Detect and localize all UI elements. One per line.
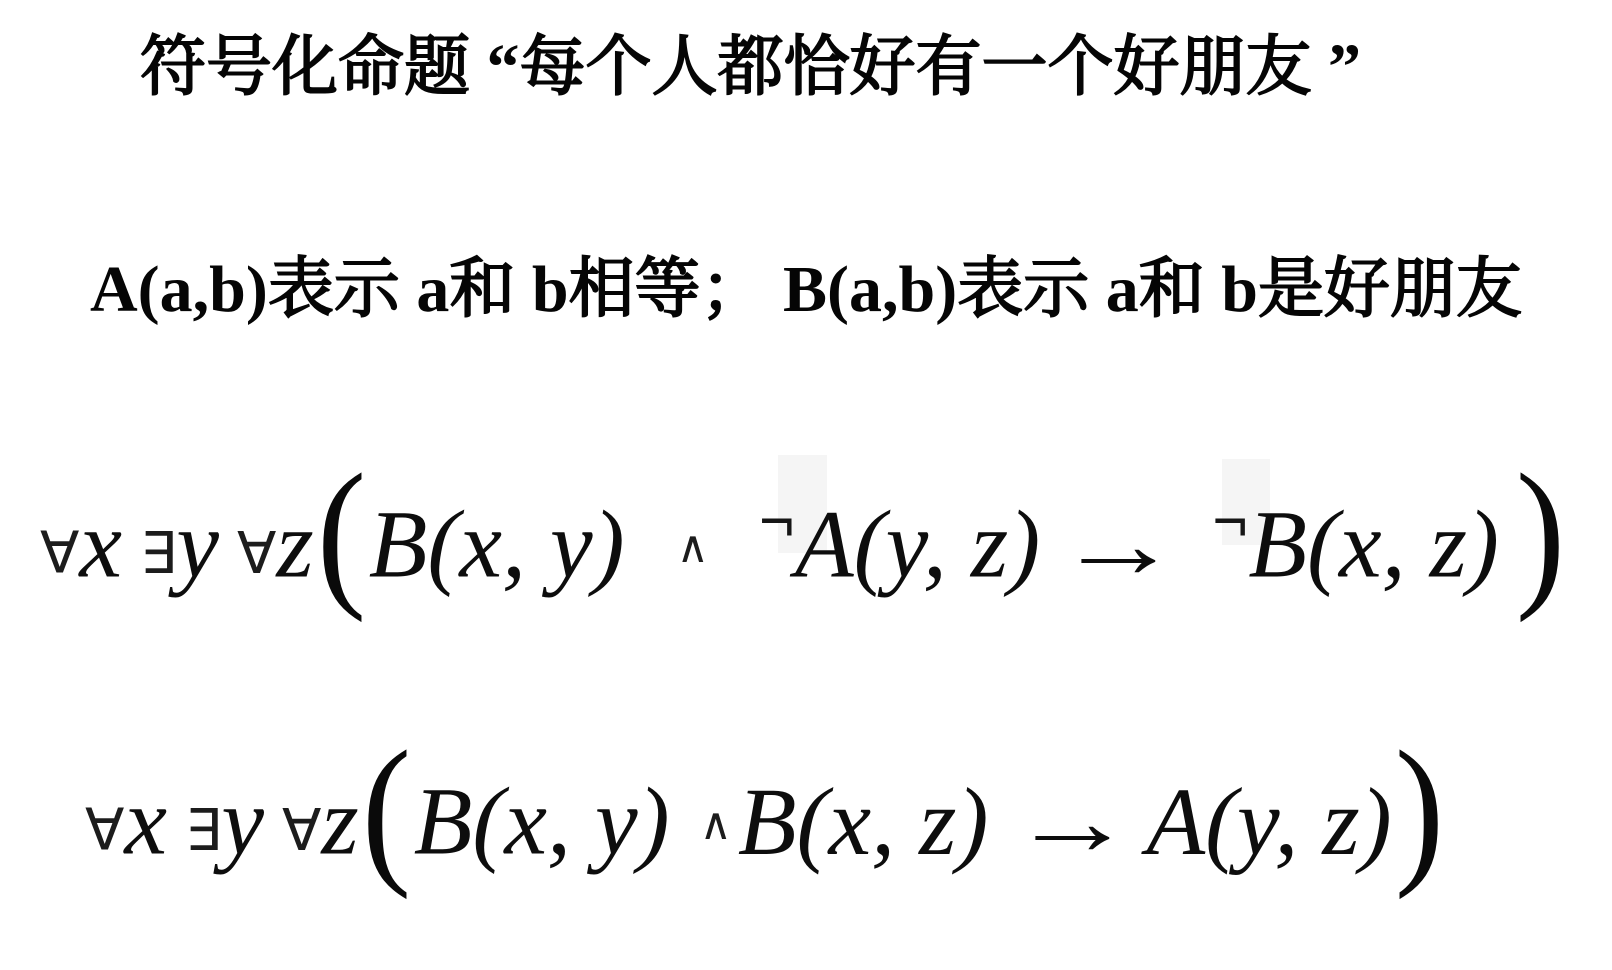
forall-symbol: ∀ bbox=[40, 520, 79, 587]
predicate-definitions: A(a,b)表示 a和 b相等； B(a,b)表示 a和 b是好朋友 bbox=[90, 250, 1522, 329]
quantifier-variable-x: x bbox=[79, 491, 122, 598]
quantifier-variable-x: x bbox=[124, 768, 167, 875]
and-operator: ∧ bbox=[677, 522, 709, 573]
predicate-term-Bxy: B(x, y) bbox=[414, 768, 670, 875]
quantifier-variable-y: y bbox=[176, 491, 219, 598]
slide: 符号化命题 “每个人都恰好有一个好朋友 ” A(a,b)表示 a和 b相等； B… bbox=[0, 0, 1612, 970]
predicate-term-Ayz: A(y, z) bbox=[1146, 768, 1391, 875]
quantifier-variable-z: z bbox=[276, 491, 313, 598]
quantifier-variable-y: y bbox=[221, 768, 264, 875]
slide-title: 符号化命题 “每个人都恰好有一个好朋友 ” bbox=[140, 28, 1361, 107]
big-right-paren: ) bbox=[1516, 459, 1565, 604]
implies-arrow: → bbox=[1010, 774, 1135, 870]
formula-1: ∀x∃y∀z(B(x, y)∧¬A(y, z)→¬B(x, z)) bbox=[40, 482, 1568, 627]
exists-symbol: ∃ bbox=[140, 520, 176, 587]
predicate-term-Ayz: A(y, z) bbox=[795, 491, 1040, 598]
forall-symbol: ∀ bbox=[282, 797, 321, 864]
predicate-term-Bxz: B(x, z) bbox=[1248, 491, 1499, 598]
formula-2: ∀x∃y∀z(B(x, y)∧B(x, z)→A(y, z)) bbox=[85, 759, 1447, 904]
exists-symbol: ∃ bbox=[185, 797, 221, 864]
big-right-paren: ) bbox=[1394, 736, 1443, 881]
and-operator: ∧ bbox=[700, 799, 732, 850]
forall-symbol: ∀ bbox=[237, 520, 276, 587]
forall-symbol: ∀ bbox=[85, 797, 124, 864]
implies-arrow: → bbox=[1056, 497, 1181, 593]
not-symbol: ¬ bbox=[759, 486, 795, 556]
big-left-paren: ( bbox=[317, 459, 366, 604]
predicate-term-Bxy: B(x, y) bbox=[369, 491, 625, 598]
big-left-paren: ( bbox=[362, 736, 411, 881]
not-symbol: ¬ bbox=[1212, 486, 1248, 556]
quantifier-variable-z: z bbox=[321, 768, 358, 875]
predicate-term-Bxz: B(x, z) bbox=[738, 768, 989, 875]
